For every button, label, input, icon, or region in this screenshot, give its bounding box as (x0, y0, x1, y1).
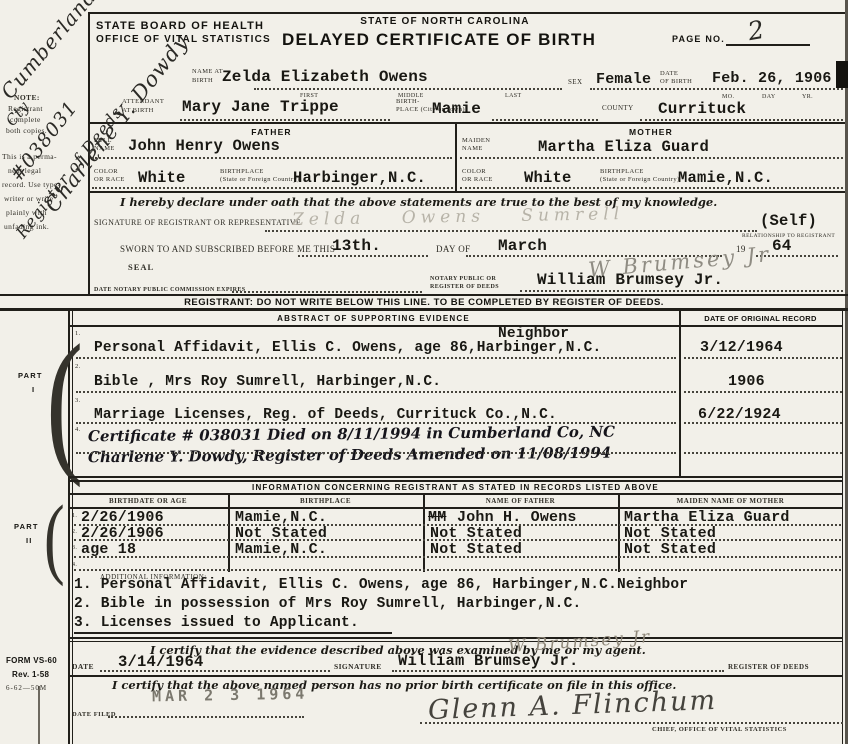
part2-row-number: 4. (72, 562, 77, 568)
part1-row1-text: Personal Affidavit, Ellis C. Owens, age … (94, 340, 601, 356)
attendant-label: AT BIRTH (122, 107, 154, 114)
part2-label: II (26, 536, 33, 545)
dotted-line (684, 422, 842, 424)
register-of-deeds-label: REGISTER OF DEEDS (728, 663, 809, 671)
band-rule (0, 294, 848, 296)
dotted-line (180, 119, 390, 121)
page-no-line (726, 44, 810, 46)
part2-col-divider (618, 493, 620, 572)
fold-mark (38, 686, 40, 744)
name-at-birth-label: BIRTH (192, 77, 213, 84)
part1-row2-date: 1906 (728, 373, 765, 390)
year-sublabel: YR. (802, 94, 813, 100)
dotted-line (265, 230, 757, 232)
dotted-line (232, 291, 422, 293)
name-at-birth-label: NAME AT (192, 68, 223, 75)
cert-top-rule (68, 641, 843, 642)
father-birthplace-label: (State or Foreign Country) (220, 176, 300, 183)
seal-label: SEAL (128, 262, 154, 272)
part1-row3-text: Marriage Licenses, Reg. of Deeds, Currit… (94, 407, 557, 423)
dotted-line (590, 88, 843, 90)
relationship-self-value: (Self) (760, 212, 817, 230)
part2-label: PART (14, 522, 39, 531)
additional-info-line: 2. Bible in possession of Mrs Roy Sumrel… (74, 596, 581, 612)
part1-row4-handwriting: Charlene Y. Dowdy, Register of Deeds Ame… (88, 444, 611, 467)
mother-birthplace-value: Mamie,N.C. (678, 169, 773, 187)
additional-info-line: 1. Personal Affidavit, Ellis C. Owens, a… (74, 577, 688, 593)
dotted-line (254, 88, 562, 90)
day-of-label: DAY OF (436, 244, 471, 254)
sworn-month-value: March (498, 237, 547, 255)
mother-race-label: COLOR (462, 168, 486, 175)
additional-underline (74, 632, 392, 634)
part1-date-divider (679, 311, 681, 476)
part1-label: PART (18, 371, 43, 380)
father-fullname-value: John Henry Owens (128, 137, 280, 155)
dotted-line (76, 391, 676, 393)
sworn-label: SWORN TO AND SUBSCRIBED BEFORE ME THIS (120, 244, 335, 254)
date-of-birth-label: DATE (660, 70, 678, 77)
dotted-line (684, 452, 842, 454)
registrant-signature-label: SIGNATURE OF REGISTRANT OR REPRESENTATIV… (94, 218, 301, 227)
corner-tab-mark (836, 61, 848, 88)
notary-label: NOTARY PUBLIC OR (430, 276, 496, 282)
cert-signature-label: SIGNATURE (334, 662, 382, 671)
father-section-header: FATHER (88, 127, 455, 137)
last-sublabel: LAST (505, 93, 522, 99)
cert-date-value: 3/14/1964 (118, 653, 204, 671)
sex-label: SEX (568, 78, 582, 86)
board-title: STATE BOARD OF HEALTH (96, 20, 264, 32)
date-of-birth-label: OF BIRTH (660, 78, 692, 85)
part2-row-number: 2. (72, 529, 77, 535)
received-date-stamp: MAR 2 3 1964 (152, 685, 309, 706)
dotted-line (298, 255, 428, 257)
part2-header: INFORMATION CONCERNING REGISTRANT AS STA… (68, 483, 843, 492)
county-value: Currituck (658, 100, 746, 118)
part1-header: ABSTRACT OF SUPPORTING EVIDENCE (68, 314, 679, 323)
father-race-label: OR RACE (94, 176, 125, 183)
cert-mid-rule (68, 675, 843, 677)
part2-header-rule (68, 493, 843, 495)
page-no-value: 2 (746, 15, 767, 46)
part1-row1-date: 3/12/1964 (700, 339, 783, 356)
cert-signature-value: William Brumsey Jr. (398, 652, 579, 670)
dotted-line (92, 187, 453, 189)
dotted-line (108, 716, 304, 718)
father-race-label: COLOR (94, 168, 118, 175)
band-rule (0, 308, 848, 311)
delayed-birth-certificate-document: STATE BOARD OF HEALTH OFFICE OF VITAL ST… (0, 0, 848, 744)
section-rule (88, 122, 845, 124)
part2-row-number: 1. (72, 513, 77, 519)
mother-birthplace-label: (State or Foreign Country) (600, 176, 680, 183)
dotted-line (640, 119, 843, 121)
document-title: DELAYED CERTIFICATE OF BIRTH (282, 30, 596, 50)
county-label: COUNTY (602, 104, 634, 112)
dotted-line (492, 119, 598, 121)
notary-name-value: William Brumsey Jr. (537, 271, 723, 289)
mother-birthplace-label: BIRTHPLACE (600, 168, 644, 175)
section-rule (88, 191, 845, 193)
mother-maiden-label: NAME (462, 145, 483, 152)
part2-col-divider (228, 493, 230, 572)
part1-row-number: 3. (75, 397, 81, 404)
form-number: FORM VS-60 (6, 656, 57, 665)
sworn-year-value: 64 (772, 237, 792, 255)
part1-row-number: 2. (75, 363, 81, 370)
date-of-birth-value: Feb. 26, 1906 (712, 70, 832, 87)
attendant-label: ATTENDANT (122, 98, 164, 105)
part1-label: I (32, 385, 35, 394)
dotted-line (76, 452, 676, 454)
part2-brace: ( (44, 487, 65, 590)
name-value: Zelda Elizabeth Owens (222, 68, 428, 86)
father-birthplace-value: Harbinger,N.C. (293, 169, 426, 187)
dotted-line (420, 722, 843, 724)
sex-value: Female (596, 71, 651, 88)
page-no-label: PAGE NO. (672, 34, 725, 44)
part1-row3-date: 6/22/1924 (698, 406, 781, 423)
father-birthplace-label: BIRTHPLACE (220, 168, 264, 175)
part1-row4-handwriting: Certificate # 038031 Died on 8/11/1994 i… (88, 423, 615, 446)
mother-section-header: MOTHER (457, 127, 845, 137)
part1-row-number: 4. (75, 426, 81, 433)
part2-row-number: 3. (72, 545, 77, 551)
dotted-line (100, 670, 330, 672)
attendant-value: Mary Jane Trippe (182, 98, 339, 116)
box-right-rule (842, 311, 843, 744)
mother-maiden-label: MAIDEN (462, 137, 490, 144)
form-print-code: 6-62—50M (6, 684, 47, 692)
commission-expires-label: DATE NOTARY PUBLIC COMMISSION EXPIRES (94, 287, 246, 293)
dotted-line (460, 187, 843, 189)
chief-title-label: CHIEF, OFFICE OF VITAL STATISTICS (652, 726, 787, 733)
part2-bottom-rule (68, 637, 843, 639)
father-fullname-label: FULL (94, 137, 112, 144)
do-not-write-band: REGISTRANT: DO NOT WRITE BELOW THIS LINE… (0, 297, 848, 308)
dotted-line (520, 290, 843, 292)
form-revision: Rev. 1-58 (12, 670, 49, 679)
dotted-line (92, 157, 452, 159)
part2-col-father: NAME OF FATHER (423, 497, 618, 505)
additional-info-line: 3. Licenses issued to Applicant. (74, 615, 359, 631)
handwritten-cty: Cty (2, 98, 32, 129)
mother-race-label: OR RACE (462, 176, 493, 183)
sworn-day-value: 13th. (332, 237, 381, 255)
dotted-line (684, 391, 842, 393)
dotted-line (74, 569, 841, 571)
part2-col-mother: MAIDEN NAME OF MOTHER (618, 497, 843, 505)
birthplace-city-value: Mamie (432, 100, 481, 118)
part2-top-rule (68, 480, 843, 482)
notary-label: REGISTER OF DEEDS (430, 284, 499, 290)
part2-col-birthplace: BIRTHPLACE (228, 497, 423, 505)
day-sublabel: DAY (762, 94, 776, 100)
father-race-value: White (138, 169, 186, 187)
part1-header-rule (68, 325, 843, 327)
dotted-line (684, 357, 842, 359)
dotted-line (76, 357, 676, 359)
part2-col-divider (423, 493, 425, 572)
father-fullname-label: NAME (94, 145, 115, 152)
part1-row-number: 1. (75, 330, 81, 337)
part1-date-header: DATE OF ORIGINAL RECORD (679, 314, 842, 323)
part2-col-birthdate: BIRTHDATE OR AGE (68, 497, 228, 505)
frame-top-rule (88, 12, 845, 14)
dotted-line (74, 556, 841, 558)
dotted-line (460, 157, 843, 159)
dotted-line (392, 670, 724, 672)
birthplace-city-label: BIRTH- (396, 98, 420, 105)
cert-date-label: DATE (72, 662, 94, 671)
mother-maiden-value: Martha Eliza Guard (538, 138, 709, 156)
state-title: STATE OF NORTH CAROLINA (300, 16, 590, 27)
part1-row2-text: Bible , Mrs Roy Sumrell, Harbinger,N.C. (94, 374, 441, 390)
handwritten-county: Cumberland (0, 0, 101, 103)
mother-race-value: White (524, 169, 572, 187)
part1-bottom-rule (68, 476, 843, 478)
